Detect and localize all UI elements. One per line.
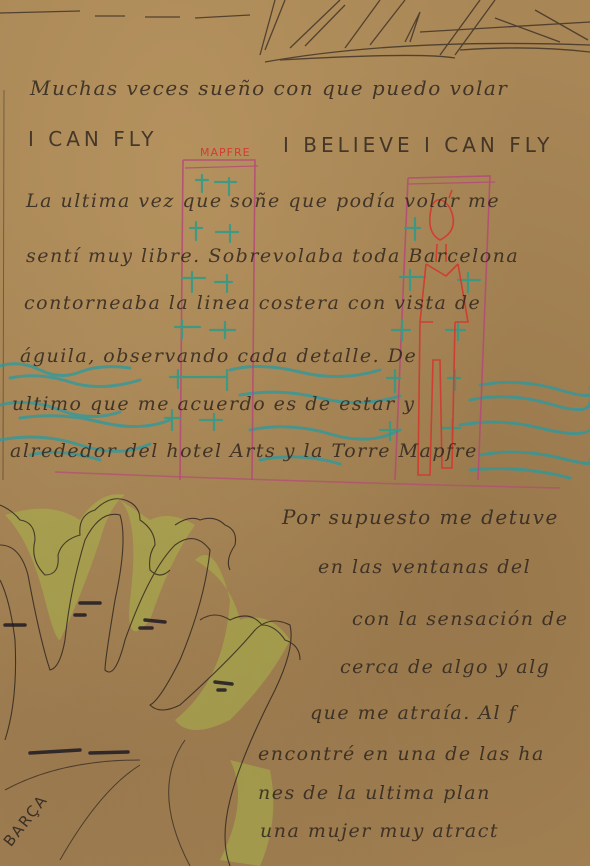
paragraph1-line-1: La ultima vez que soñe que podía volar m… — [26, 190, 500, 212]
paragraph1-line-2: sentí muy libre. Sobrevolaba toda Barcel… — [26, 245, 519, 267]
paragraph1-line-4: águila, observando cada detalle. De — [20, 345, 417, 367]
paragraph2-line-6: encontré en una de las ha — [258, 743, 545, 765]
red-figure-drawing — [418, 190, 468, 475]
headline-i-believe-i-can-fly: I BELIEVE I CAN FLY — [283, 133, 553, 157]
top-sketch-scribbles — [0, 0, 590, 62]
headline-line-1: Muchas veces sueño con que puedo volar — [30, 76, 508, 100]
paragraph2-line-1: Por supuesto me detuve — [282, 505, 559, 529]
paragraph2-line-8: una mujer muy atract — [260, 820, 499, 842]
paragraph2-line-4: cerca de algo y alg — [340, 656, 550, 678]
paragraph1-line-6: alrededor del hotel Arts y la Torre Mapf… — [10, 440, 478, 462]
paragraph2-line-5: que me atraía. Al f — [310, 702, 517, 724]
paragraph1-line-5: ultimo que me acuerdo es de estar y — [12, 393, 415, 415]
paragraph2-line-7: nes de la ultima plan — [258, 782, 491, 804]
ground-line — [55, 472, 560, 488]
paragraph2-line-2: en las ventanas del — [318, 556, 531, 578]
headline-i-can-fly: I CAN FLY — [28, 127, 157, 151]
paragraph2-line-3: con la sensación de — [352, 608, 568, 630]
notebook-page: Muchas veces sueño con que puedo volar I… — [0, 0, 590, 866]
building-label-mapfre: MAPFRE — [200, 146, 251, 159]
paragraph1-line-3: contorneaba la linea costera con vista d… — [24, 292, 481, 314]
margin-line — [3, 90, 4, 480]
building-hotel-arts-drawing — [380, 176, 495, 480]
